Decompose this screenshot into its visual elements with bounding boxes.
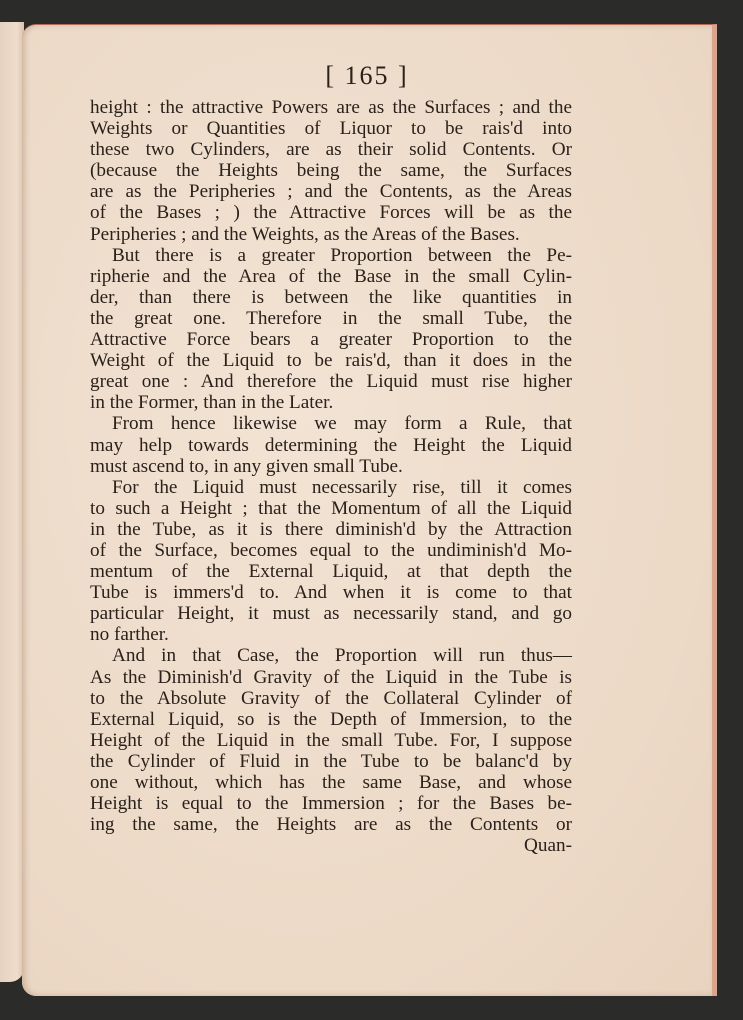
- text-line: As the Diminish'd Gravity of the Liquid …: [90, 667, 572, 688]
- text-line: External Liquid, so is the Depth of Imme…: [90, 709, 572, 730]
- text-line: Height is equal to the Immersion ; for t…: [90, 793, 572, 814]
- text-line: are as the Peripheries ; and the Content…: [90, 181, 572, 202]
- text-line: And in that Case, the Proportion will ru…: [90, 645, 572, 666]
- text-line: (because the Heights being the same, the…: [90, 160, 572, 181]
- page-body-text: height : the attractive Powers are as th…: [90, 97, 572, 856]
- page-number: [ 165 ]: [22, 61, 712, 91]
- text-line: ing the same, the Heights are as the Con…: [90, 814, 572, 835]
- left-page-edge: [0, 22, 24, 982]
- text-line: the great one. Therefore in the small Tu…: [90, 308, 572, 329]
- text-line: Peripheries ; and the Weights, as the Ar…: [90, 224, 572, 245]
- text-line: Weight of the Liquid to be rais'd, than …: [90, 350, 572, 371]
- text-line: may help towards determining the Height …: [90, 435, 572, 456]
- text-line: one without, which has the same Base, an…: [90, 772, 572, 793]
- text-line: these two Cylinders, are as their solid …: [90, 139, 572, 160]
- book-page: [ 165 ] height : the attractive Powers a…: [22, 24, 717, 996]
- text-line: der, than there is between the like quan…: [90, 287, 572, 308]
- text-line: no farther.: [90, 624, 572, 645]
- text-line: particular Height, it must as necessaril…: [90, 603, 572, 624]
- text-line: For the Liquid must necessarily rise, ti…: [90, 477, 572, 498]
- text-line: height : the attractive Powers are as th…: [90, 97, 572, 118]
- text-line: Weights or Quantities of Liquor to be ra…: [90, 118, 572, 139]
- text-line: the Cylinder of Fluid in the Tube to be …: [90, 751, 572, 772]
- text-line: Attractive Force bears a greater Proport…: [90, 329, 572, 350]
- text-line: to such a Height ; that the Momentum of …: [90, 498, 572, 519]
- text-line: in the Tube, as it is there diminish'd b…: [90, 519, 572, 540]
- text-line: great one : And therefore the Liquid mus…: [90, 371, 572, 392]
- text-line: to the Absolute Gravity of the Collatera…: [90, 688, 572, 709]
- text-line: in the Former, than in the Later.: [90, 392, 572, 413]
- text-line: Height of the Liquid in the small Tube. …: [90, 730, 572, 751]
- text-line: must ascend to, in any given small Tube.: [90, 456, 572, 477]
- text-line: Quan-: [90, 835, 572, 856]
- text-line: of the Bases ; ) the Attractive Forces w…: [90, 202, 572, 223]
- text-line: of the Surface, becomes equal to the und…: [90, 540, 572, 561]
- text-line: But there is a greater Proportion betwee…: [90, 245, 572, 266]
- text-line: mentum of the External Liquid, at that d…: [90, 561, 572, 582]
- text-line: From hence likewise we may form a Rule, …: [90, 413, 572, 434]
- text-line: Tube is immers'd to. And when it is come…: [90, 582, 572, 603]
- text-line: ripherie and the Area of the Base in the…: [90, 266, 572, 287]
